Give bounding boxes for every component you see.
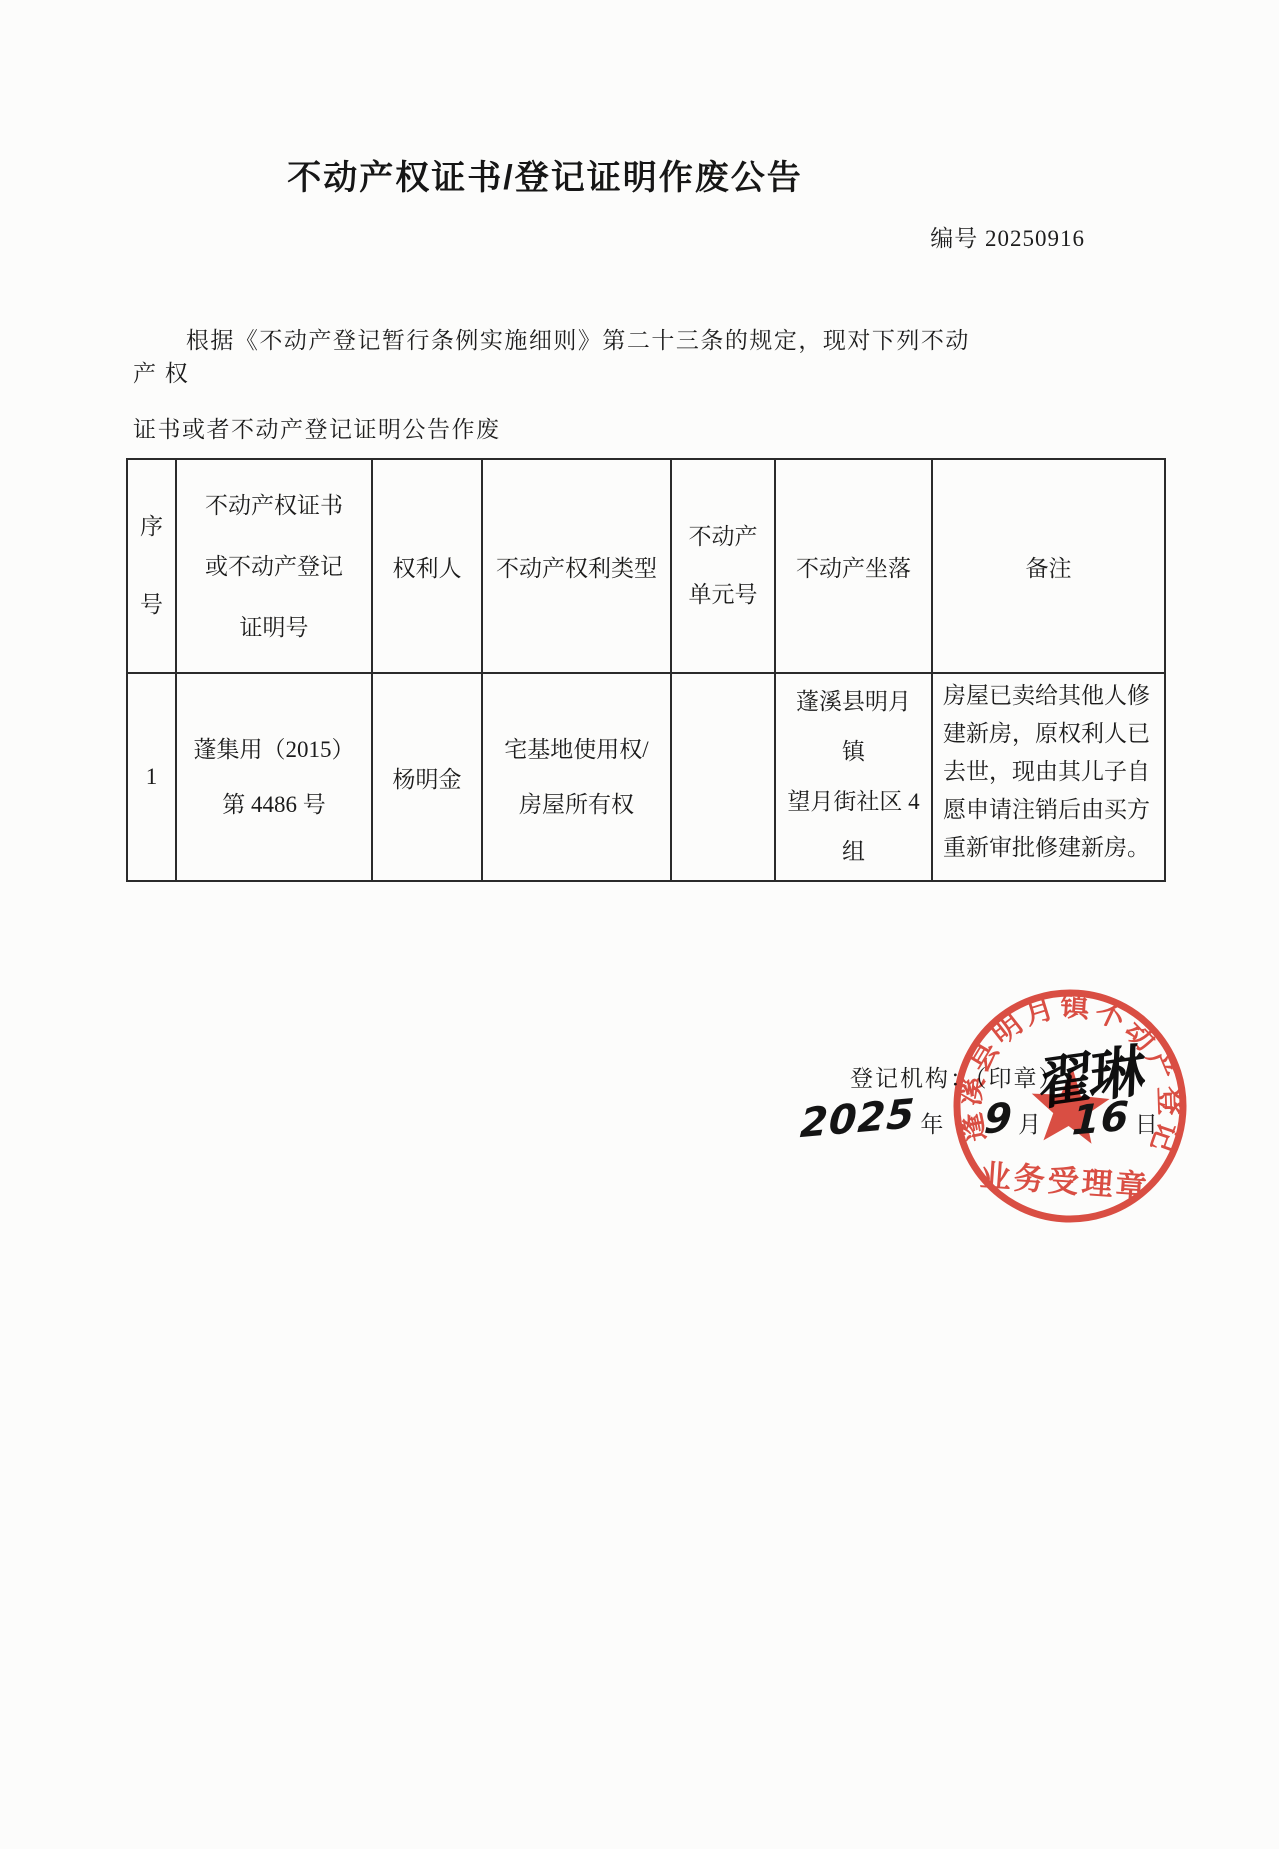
handwritten-month: 9 bbox=[983, 1095, 1014, 1144]
document-number: 编号 20250916 bbox=[700, 220, 1085, 253]
body-paragraph: 根据《不动产登记暂行条例实施细则》第二十三条的规定，现对下列不动产 权 证书或者… bbox=[133, 322, 983, 444]
cell-unit-no bbox=[671, 673, 775, 881]
header-location: 不动产坐落 bbox=[775, 459, 932, 673]
header-seq: 序号 bbox=[127, 459, 176, 673]
header-remark: 备注 bbox=[932, 459, 1165, 673]
day-unit-label: 日 bbox=[1135, 1106, 1159, 1139]
header-holder: 权利人 bbox=[372, 459, 482, 673]
table-row: 1 蓬集用（2015） 第 4486 号 杨明金 宅基地使用权/ 房屋所有权 蓬… bbox=[127, 673, 1165, 881]
table-header-row: 序号 不动产权证书或不动产登记证明号 权利人 不动产权利类型 不动产单元号 不动… bbox=[127, 459, 1165, 673]
page-title: 不动产权证书/登记证明作废公告 bbox=[110, 150, 980, 199]
announcement-document: 不动产权证书/登记证明作废公告 编号 20250916 根据《不动产登记暂行条例… bbox=[0, 0, 1279, 1849]
cell-location: 蓬溪县明月镇 望月街社区 4 组 bbox=[775, 673, 932, 881]
cell-cert-no: 蓬集用（2015） 第 4486 号 bbox=[176, 673, 372, 881]
cancelled-certificates-table: 序号 不动产权证书或不动产登记证明号 权利人 不动产权利类型 不动产单元号 不动… bbox=[126, 458, 1166, 882]
cell-holder: 杨明金 bbox=[372, 673, 482, 881]
handwritten-year: 2025 bbox=[799, 1091, 916, 1147]
cell-seq: 1 bbox=[127, 673, 176, 881]
header-unit-no: 不动产单元号 bbox=[671, 459, 775, 673]
body-line-1: 根据《不动产登记暂行条例实施细则》第二十三条的规定，现对下列不动产 权 bbox=[133, 322, 983, 388]
handwritten-signature: 翟琳 bbox=[1037, 1026, 1143, 1122]
header-cert-no: 不动产权证书或不动产登记证明号 bbox=[176, 459, 372, 673]
cell-right-type: 宅基地使用权/ 房屋所有权 bbox=[482, 673, 671, 881]
header-right-type: 不动产权利类型 bbox=[482, 459, 671, 673]
year-unit-label: 年 bbox=[920, 1106, 944, 1139]
body-line-2: 证书或者不动产登记证明公告作废 bbox=[133, 411, 983, 444]
cell-remark: 房屋已卖给其他人修建新房，原权利人已去世，现由其儿子自愿申请注销后由买方重新审批… bbox=[932, 673, 1165, 881]
